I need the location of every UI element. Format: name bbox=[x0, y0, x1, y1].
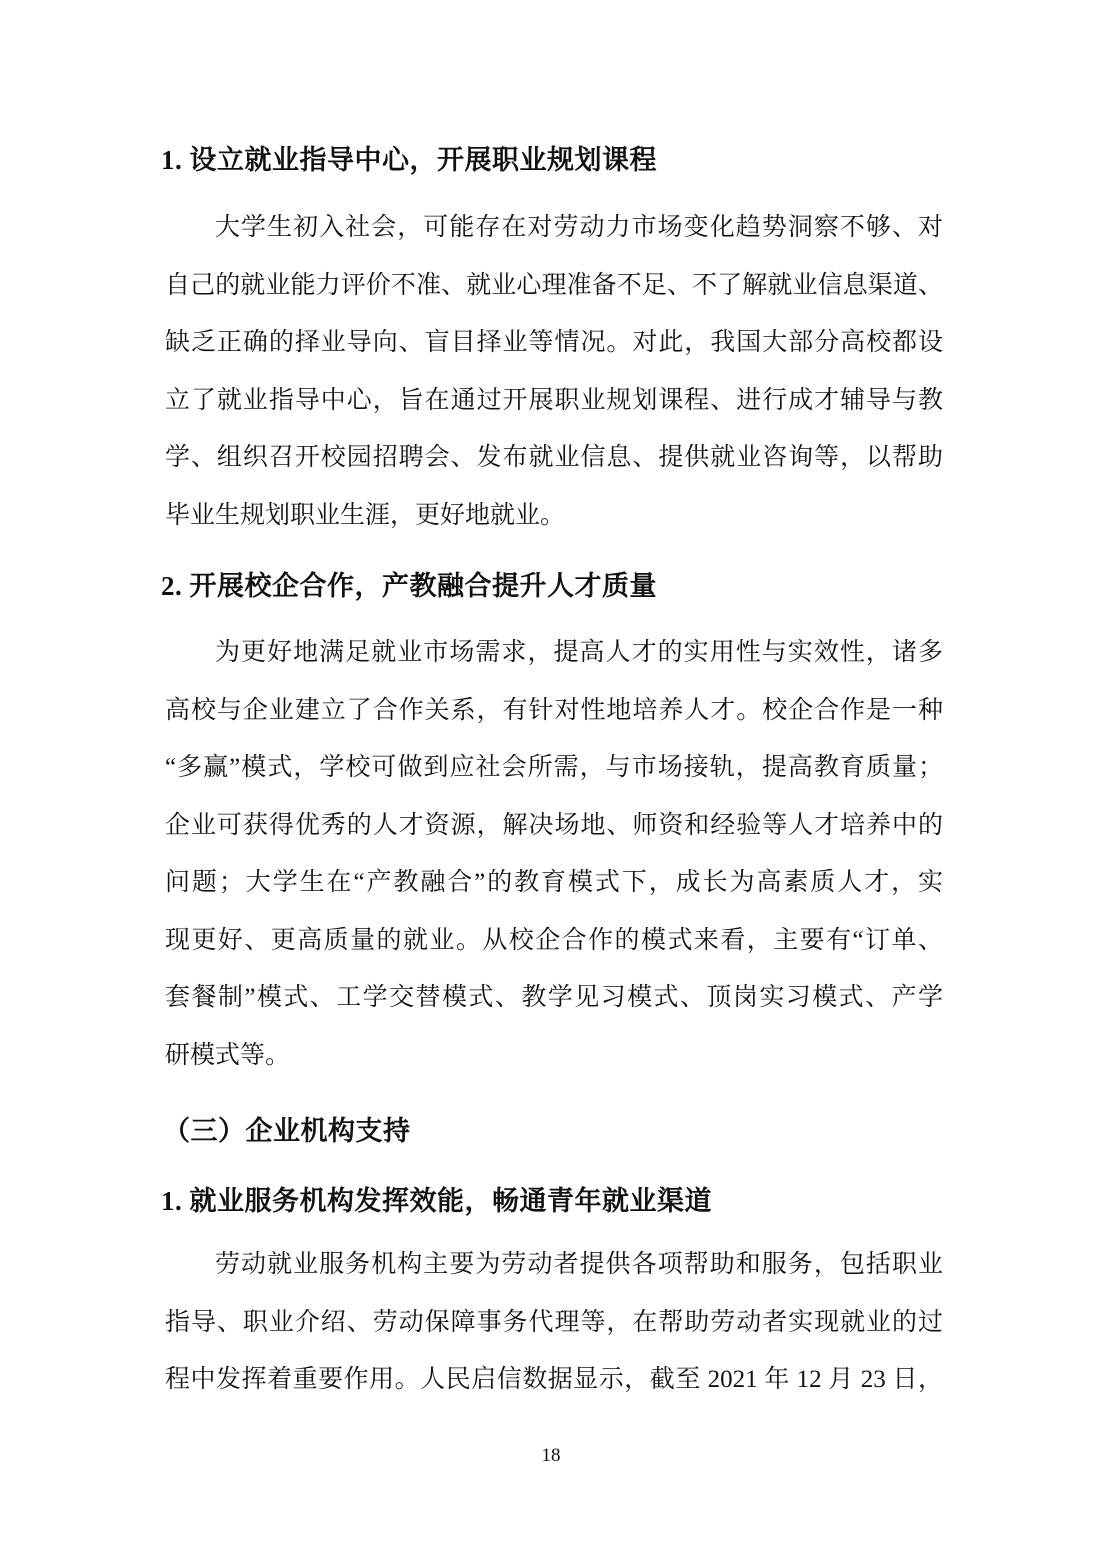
paragraph-3: 劳动就业服务机构主要为劳动者提供各项帮助和服务，包括职业 指导、职业介绍、劳动保… bbox=[165, 1236, 943, 1409]
paragraph-line: 自己的就业能力评价不准、就业心理准备不足、不了解就业信息渠道、 bbox=[165, 257, 943, 315]
paragraph-1: 大学生初入社会，可能存在对劳动力市场变化趋势洞察不够、对 自己的就业能力评价不准… bbox=[165, 199, 943, 544]
paragraph-line: “多赢”模式，学校可做到应社会所需，与市场接轨，提高教育质量； bbox=[165, 739, 943, 797]
paragraph-line: 企业可获得优秀的人才资源，解决场地、师资和经验等人才培养中的 bbox=[165, 797, 943, 855]
paragraph-line: 为更好地满足就业市场需求，提高人才的实用性与实效性，诸多 bbox=[165, 624, 943, 682]
paragraph-line: 研模式等。 bbox=[165, 1027, 943, 1085]
section-heading-1: 1. 设立就业指导中心，开展职业规划课程 bbox=[161, 142, 961, 178]
paragraph-line: 套餐制”模式、工学交替模式、教学见习模式、顶岗实习模式、产学 bbox=[165, 969, 943, 1027]
section-heading-2: 2. 开展校企合作，产教融合提升人才质量 bbox=[161, 568, 961, 604]
paragraph-line: 高校与企业建立了合作关系，有针对性地培养人才。校企合作是一种 bbox=[165, 682, 943, 740]
paragraph-line: 毕业生规划职业生涯，更好地就业。 bbox=[165, 487, 943, 545]
paragraph-line: 问题；大学生在“产教融合”的教育模式下，成长为高素质人才，实 bbox=[165, 854, 943, 912]
section-heading-3: （三）企业机构支持 bbox=[163, 1113, 963, 1149]
page-number: 18 bbox=[0, 1444, 1102, 1468]
paragraph-line: 现更好、更高质量的就业。从校企合作的模式来看，主要有“订单、 bbox=[165, 912, 943, 970]
paragraph-line: 指导、职业介绍、劳动保障事务代理等，在帮助劳动者实现就业的过 bbox=[165, 1294, 943, 1352]
document-page: 1. 设立就业指导中心，开展职业规划课程 大学生初入社会，可能存在对劳动力市场变… bbox=[0, 0, 1102, 1559]
paragraph-2: 为更好地满足就业市场需求，提高人才的实用性与实效性，诸多 高校与企业建立了合作关… bbox=[165, 624, 943, 1084]
paragraph-line: 立了就业指导中心，旨在通过开展职业规划课程、进行成才辅导与教 bbox=[165, 372, 943, 430]
paragraph-line: 大学生初入社会，可能存在对劳动力市场变化趋势洞察不够、对 bbox=[165, 199, 943, 257]
paragraph-line: 劳动就业服务机构主要为劳动者提供各项帮助和服务，包括职业 bbox=[165, 1236, 943, 1294]
paragraph-line: 程中发挥着重要作用。人民启信数据显示，截至 2021 年 12 月 23 日， bbox=[165, 1351, 943, 1409]
paragraph-line: 学、组织召开校园招聘会、发布就业信息、提供就业咨询等，以帮助 bbox=[165, 429, 943, 487]
paragraph-line: 缺乏正确的择业导向、盲目择业等情况。对此，我国大部分高校都设 bbox=[165, 314, 943, 372]
section-heading-4: 1. 就业服务机构发挥效能，畅通青年就业渠道 bbox=[161, 1183, 961, 1219]
